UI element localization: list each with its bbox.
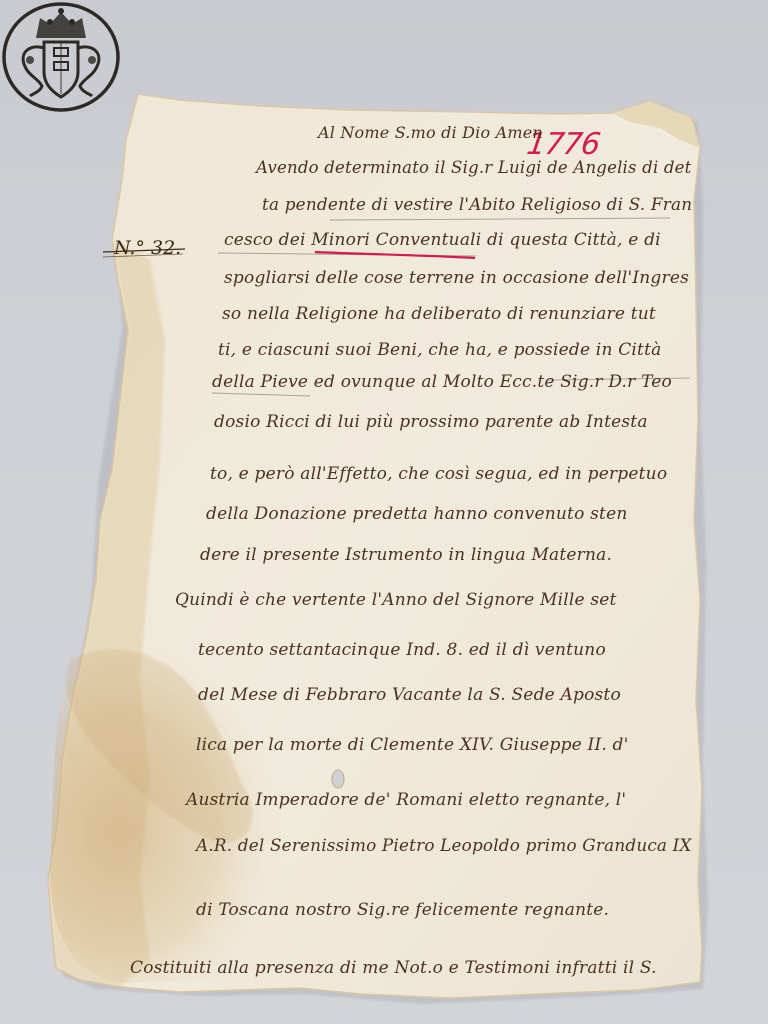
- text-line-17: Austria Imperadore de' Romani eletto reg…: [186, 790, 626, 810]
- text-line-4: cesco dei Minori Conventuali di questa C…: [224, 230, 661, 250]
- text-line-18: A.R. del Serenissimo Pietro Leopoldo pri…: [196, 836, 692, 856]
- text-line-13: Quindi è che vertente l'Anno del Signore…: [175, 590, 617, 610]
- text-line-3: ta pendente di vestire l'Abito Religioso…: [262, 195, 692, 215]
- text-line-11: della Donazione predetta hanno convenuto…: [206, 504, 627, 524]
- text-line-1: Al Nome S.mo di Dio Amen: [318, 123, 543, 142]
- seal-coat-of-arms-icon: [0, 0, 122, 114]
- text-line-15: del Mese di Febbraro Vacante la S. Sede …: [198, 685, 621, 705]
- text-line-8: della Pieve ed ovunque al Molto Ecc.te S…: [212, 372, 672, 392]
- text-line-2: Avendo determinato il Sig.r Luigi de Ang…: [256, 158, 692, 178]
- text-line-9: dosio Ricci di lui più prossimo parente …: [214, 412, 648, 432]
- text-line-14: tecento settantacinque Ind. 8. ed il dì …: [198, 640, 606, 660]
- text-line-7: ti, e ciascuni suoi Beni, che ha, e poss…: [218, 340, 661, 360]
- margin-document-number: N.° 32.: [114, 237, 181, 259]
- text-line-6: so nella Religione ha deliberato di renu…: [222, 304, 656, 324]
- document-photo: 1776 N.° 32. Al Nome S.mo di Dio Amen Av…: [0, 0, 768, 1024]
- text-line-16: lica per la morte di Clemente XIV. Giuse…: [196, 735, 629, 755]
- paper-sheet: 1776 N.° 32. Al Nome S.mo di Dio Amen Av…: [0, 0, 768, 1024]
- text-line-20: Costituiti alla presenza di me Not.o e T…: [130, 958, 657, 978]
- text-line-12: dere il presente Istrumento in lingua Ma…: [200, 545, 612, 565]
- text-line-5: spogliarsi delle cose terrene in occasio…: [224, 268, 689, 288]
- text-line-10: to, e però all'Effetto, che così segua, …: [210, 464, 667, 484]
- text-line-19: di Toscana nostro Sig.re felicemente reg…: [196, 900, 609, 920]
